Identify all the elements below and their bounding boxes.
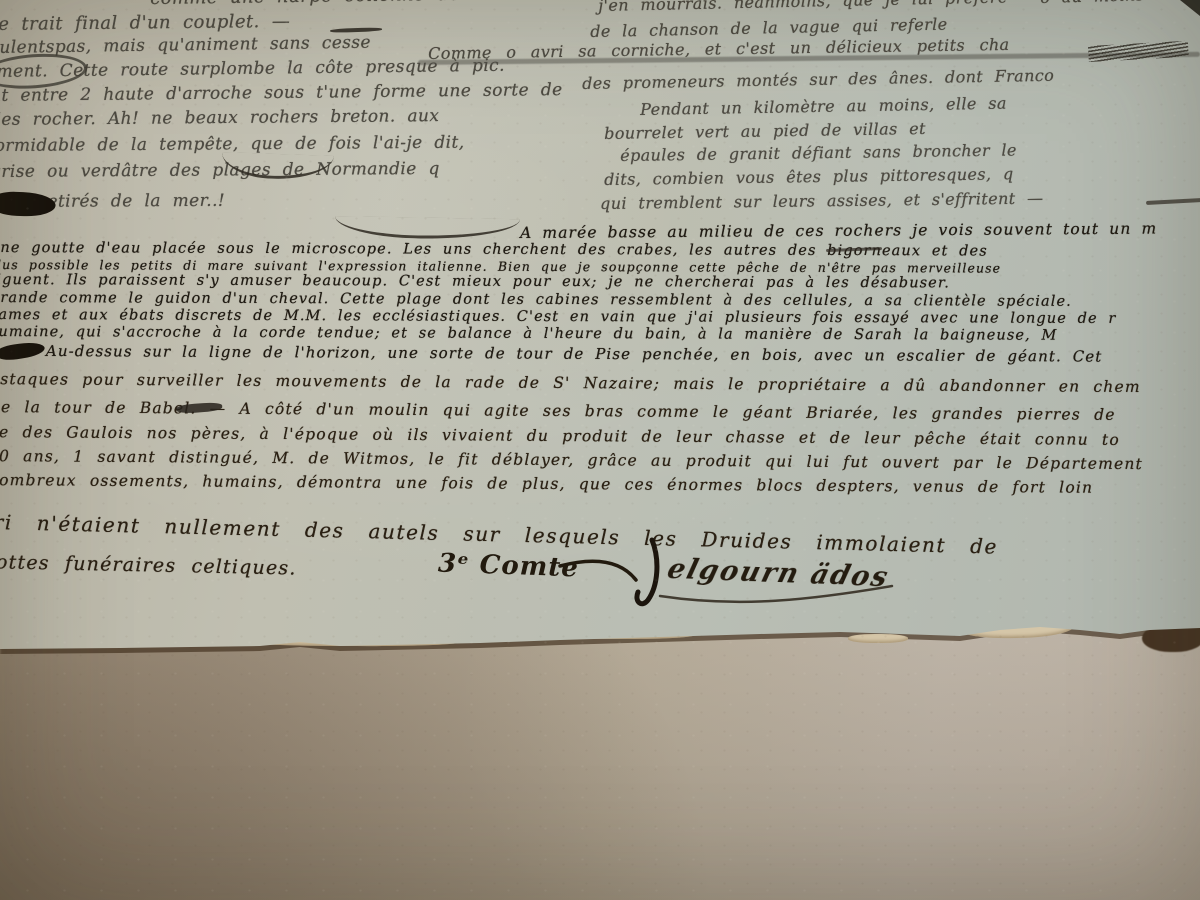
- handwritten-line: rottes funéraires celtiques.: [0, 551, 297, 580]
- handwritten-line: j'en mourrais. néanmoins, que je lui pré…: [598, 0, 1008, 15]
- handwritten-line: le trait final d'un couplet. —: [0, 11, 290, 35]
- handwritten-line: des rocher. Ah! ne beaux rochers breton.…: [0, 106, 439, 130]
- handwritten-line: Pendant un kilomètre au moins, elle sa: [640, 94, 1007, 119]
- handwritten-line: de des Gaulois nos pères, à l'époque où …: [0, 423, 1120, 449]
- handwritten-line: qui tremblent sur leurs assises, et s'ef…: [600, 189, 1044, 213]
- signature-scrawl: elgourn ädos: [664, 554, 892, 593]
- ink-mark-underline: [1146, 198, 1200, 205]
- handwritten-line: comme une harpe éolienne de: [150, 0, 460, 9]
- handwritten-line: grise ou verdâtre des plages de Normandi…: [0, 159, 440, 182]
- handwritten-line: nombreux ossements, humains, démontra un…: [0, 471, 1093, 497]
- handwritten-line: des promeneurs montés sur des ânes. dont…: [582, 66, 1054, 93]
- handwritten-line: épaules de granit défiant sans broncher …: [620, 140, 1017, 165]
- handwritten-line: A marée basse au milieu de ces rochers j…: [520, 220, 1157, 242]
- handwritten-line: o au moins: [1040, 0, 1145, 7]
- handwritten-line: Au-dessus sur la ligne de l'horizon, une…: [46, 342, 1103, 366]
- handwritten-line: bourrelet vert au pied de villas et: [604, 119, 926, 143]
- signature-prefix: 3ᵉ Comte: [438, 549, 580, 584]
- torn-fiber-highlight: [848, 634, 908, 643]
- handwritten-line: nt entre 2 haute d'arroche sous t'une fo…: [0, 80, 563, 106]
- handwritten-line: 40 ans, 1 savant distingué, M. de Witmos…: [0, 447, 1143, 473]
- handwritten-line: dits, combien vous êtes plus pittoresque…: [604, 164, 1014, 189]
- ink-mark-arc: [335, 216, 520, 240]
- handwritten-line: de la tour de Babel. — A côté d'un mouli…: [0, 398, 1116, 424]
- handwritten-line: estaques pour surveiller les mouvements …: [0, 370, 1141, 396]
- ink-mark-blob: [0, 340, 46, 362]
- written-page: comme une harpe éolienne dej'en mourrais…: [0, 0, 1200, 700]
- handwritten-line: figuent. Ils paraissent s'y amuser beauc…: [0, 272, 950, 291]
- ink-mark-scribble: [1088, 41, 1189, 62]
- handwritten-line: humaine, qui s'accroche à la corde tendu…: [0, 324, 1057, 344]
- manuscript-photo: comme une harpe éolienne dej'en mourrais…: [0, 0, 1200, 900]
